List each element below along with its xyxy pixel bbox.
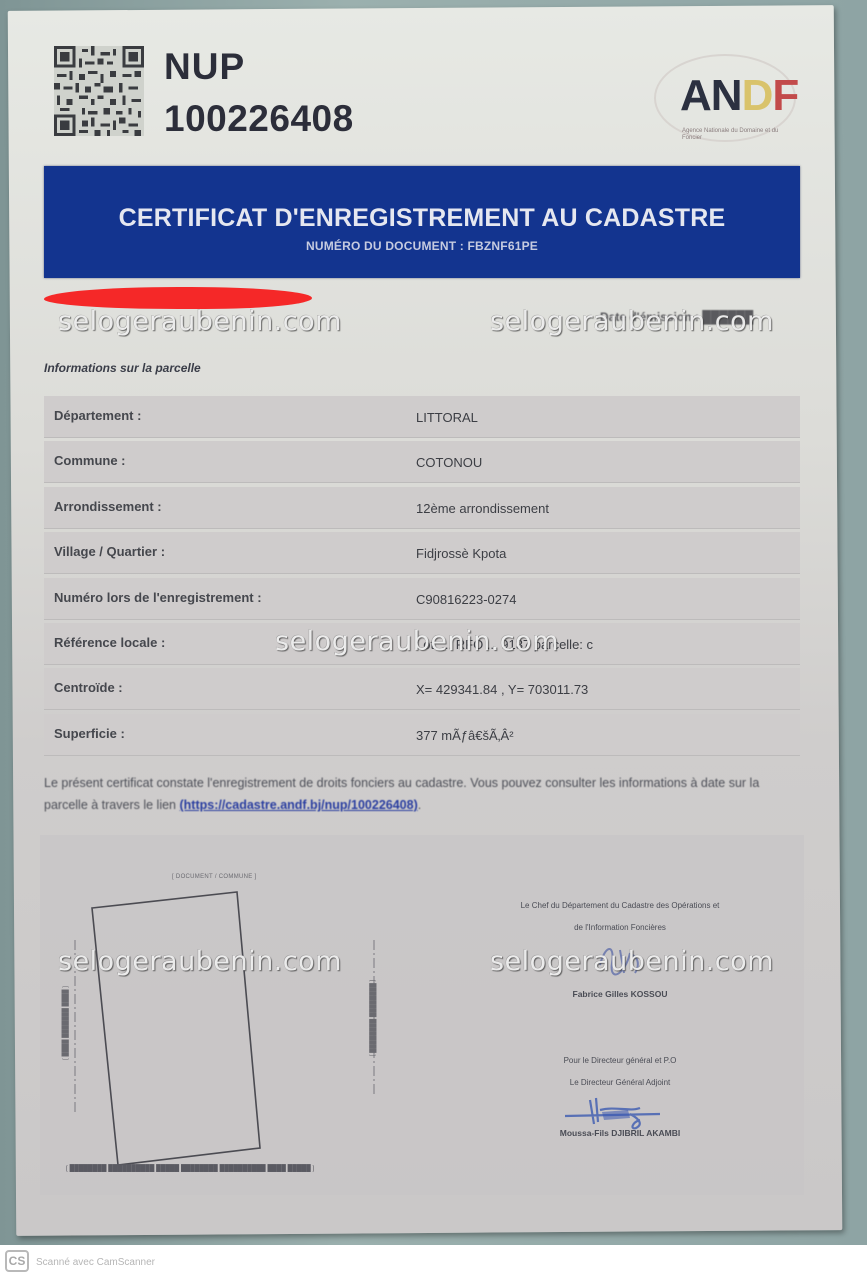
logo-subtitle: Agence Nationale du Domaine et du Foncie… [682,128,792,142]
logo-letter-f: F [772,71,798,120]
logo-letter-d: D [742,71,773,120]
signatory-block-chef-departement: Le Chef du Département du Cadastre des O… [470,895,770,999]
andf-logo: ANDF Agence Nationale du Domaine et du F… [652,52,800,162]
logo-letter-n: N [711,71,742,120]
certificate-banner: CERTIFICAT D'ENREGISTREMENT AU CADASTRE … [44,166,800,278]
document-number: NUMÉRO DU DOCUMENT : FBZNF61PE [44,239,800,253]
info-value: Fidjrossè Kpota [416,546,506,561]
notice-text-end: . [418,798,421,812]
date-emission: Date d'émission : ██████ [600,310,753,324]
signatory-name: Fabrice Gilles KOSSOU [470,989,770,999]
info-label: Centroïde : [54,680,123,695]
plan-right-label: [ ████████ ████████ ] [369,938,375,1098]
signature-icon [580,935,660,985]
nup-label: NUP [164,46,245,88]
info-row-commune: Commune : COTONOU [44,441,800,483]
info-label: Arrondissement : [54,499,162,514]
info-row-superficie: Superficie : 377 mÃƒâ€šÃ‚Â² [44,714,800,756]
signatory-title: Le Chef du Département du Cadastre des O… [470,895,770,917]
signature-icon [560,1094,670,1134]
info-value: 377 mÃƒâ€šÃ‚Â² [416,728,514,743]
info-value: Lot: ... RFO ... 9137 parcelle: c [416,637,593,652]
camscanner-footer: CS Scanné avec CamScanner [0,1245,867,1280]
plan-bottom-label: [ ████████ ██████████ █████ ████████ ███… [66,1165,314,1172]
info-row-reference-locale: Référence locale : Lot: ... RFO ... 9137… [44,623,800,665]
parcel-info-table: Département : LITTORAL Commune : COTONOU… [44,396,800,759]
camscanner-logo-icon: CS [5,1250,29,1272]
plan-left-label: [ ████ ███████ ████ ] [63,933,69,1113]
redaction-mark [44,287,312,309]
nup-number: 100226408 [164,98,354,140]
info-label: Village / Quartier : [54,544,165,559]
info-row-arrondissement: Arrondissement : 12ème arrondissement [44,487,800,529]
signatory-title: Pour le Directeur général et P.O [500,1050,740,1072]
qr-code-icon [54,46,144,136]
info-label: Commune : [54,453,126,468]
signatory-title-cont: Le Directeur Général Adjoint [500,1072,740,1094]
logo-letter-a: A [680,71,711,120]
scan-credit-text: Scanné avec CamScanner [36,1257,155,1268]
info-label: Numéro lors de l'enregistrement : [54,590,262,605]
info-value: COTONOU [416,455,482,470]
signatory-block-directeur-adjoint: Pour le Directeur général et P.O Le Dire… [500,1050,740,1138]
info-value: C90816223-0274 [416,592,516,607]
info-label: Département : [54,408,141,423]
info-label: Superficie : [54,726,125,741]
certificate-title: CERTIFICAT D'ENREGISTREMENT AU CADASTRE [44,204,800,233]
info-label: Référence locale : [54,635,165,650]
info-row-departement: Département : LITTORAL [44,396,800,438]
info-value: 12ème arrondissement [416,501,549,516]
info-row-centroide: Centroïde : X= 429341.84 , Y= 703011.73 [44,668,800,710]
info-row-numero-enregistrement: Numéro lors de l'enregistrement : C90816… [44,578,800,620]
logo-letters: ANDF [680,74,798,118]
certificate-notice: Le présent certificat constate l'enregis… [44,772,784,816]
parcel-plan-drawing [60,880,400,1180]
section-heading: Informations sur la parcelle [44,361,201,375]
info-value: X= 429341.84 , Y= 703011.73 [416,682,588,697]
info-value: LITTORAL [416,410,478,425]
cadastre-link[interactable]: (https://cadastre.andf.bj/nup/100226408) [179,798,417,812]
info-row-village-quartier: Village / Quartier : Fidjrossè Kpota [44,532,800,574]
